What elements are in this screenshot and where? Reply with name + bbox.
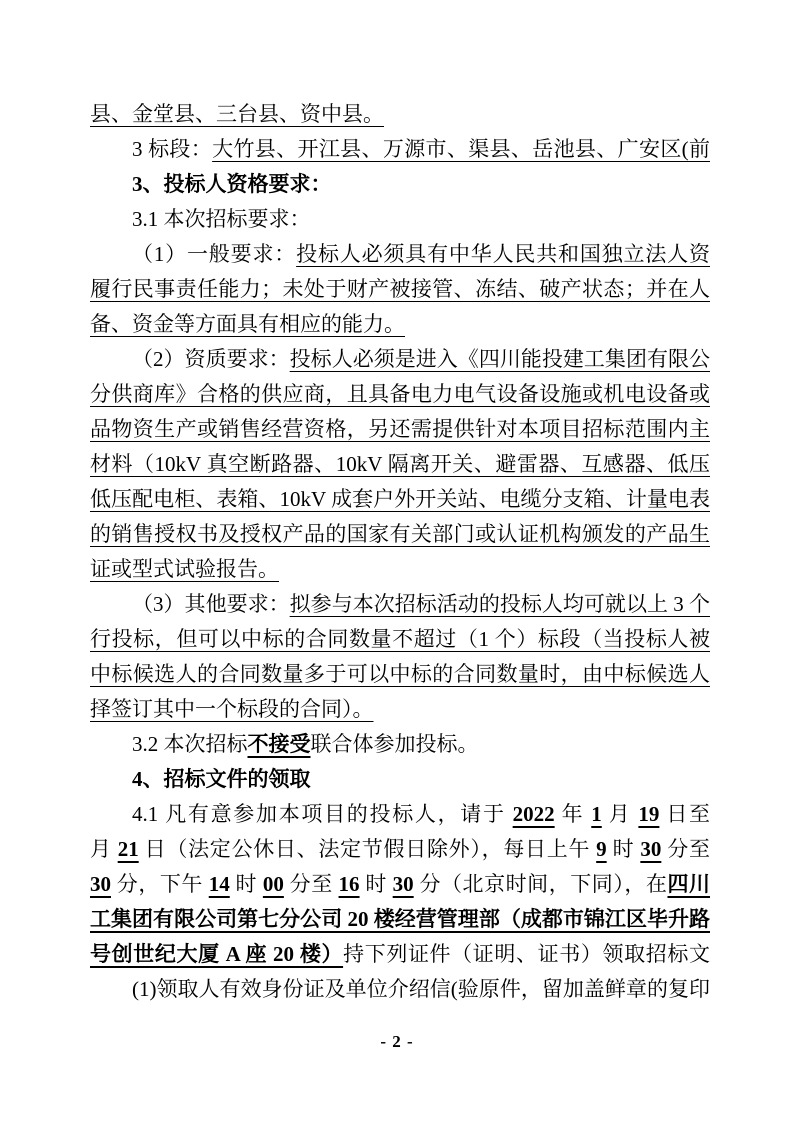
clause-3-1-item-1-line-3: 备、资金等方面具有相应的能力。 [90,307,710,342]
text-segment: (1)领取人有效身份证及单位介绍信(验原件，留加盖鲜章的复印件)； [90,977,710,1007]
clause-3-1-item-3-line-4: 择签订其中一个标段的合同）。 [90,692,710,727]
section-4-heading: 4、招标文件的领取 [90,762,710,797]
text-segment: 择签订其中一个标段的合同）。 [90,697,374,721]
text-segment: 低压配电柜、表箱、10kV 成套户外开关站、电缆分支箱、计量电表箱等） [90,487,710,517]
text-segment: 品物资生产或销售经营资格，另还需提供针对本项目招标范围内主要设备 [90,417,710,447]
text-segment: 3、投标人资格要求： [132,172,332,196]
text-segment: 1 [591,802,602,826]
para-lot3-line: 3 标段：大竹县、开江县、万源市、渠县、岳池县、广安区(前锋区)。 [90,132,710,167]
text-segment: 时 [360,872,393,896]
text-segment: 年 [555,802,592,826]
text-segment: 4.1 凡有意参加本项目的投标人，请于 [132,802,513,826]
text-segment: 时 [230,872,263,896]
text-segment: 工集团有限公司第七分公司 20 楼经营管理部（成都市锦江区毕升路 468 [90,907,710,937]
page-number: - 2 - [380,1032,413,1051]
clause-4-1-line-1: 4.1 凡有意参加本项目的投标人，请于 2022 年 1 月 19 日至 202… [90,797,710,832]
text-segment: 21 [118,837,139,861]
text-segment: 材料（10kV 真空断路器、10kV 隔离开关、避雷器、互感器、低压 JP 柜、 [90,452,710,482]
text-segment: 联合体参加投标。 [311,732,479,756]
text-segment: 3 标段： [132,137,212,161]
text-segment: 分至 [661,837,710,861]
text-segment: 时 [607,837,641,861]
text-segment: 证或型式试验报告。 [90,557,279,581]
text-segment: （2）资质要求： [132,347,290,371]
text-segment: 行投标，但可以中标的合同数量不超过（1 个）标段（当投标人被推荐为 [90,627,710,657]
section-3-heading: 3、投标人资格要求： [90,167,710,202]
clause-4-1-item-1-line: (1)领取人有效身份证及单位介绍信(验原件，留加盖鲜章的复印件)； [90,972,710,1007]
text-segment: 日至 [659,802,710,826]
text-segment: 分至 [284,872,339,896]
text-segment: 不接受 [248,732,311,756]
text-segment: 月 [90,837,118,861]
text-segment: 2022 [513,802,555,826]
text-segment: 的销售授权书及授权产品的国家有关部门或认证机构颁发的产品生产许可 [90,522,710,552]
clause-3-1-item-1-line-2: 履行民事责任能力；未处于财产被接管、冻结、破产状态；并在人员、设 [90,272,710,307]
clause-3-1-item-3-line-2: 行投标，但可以中标的合同数量不超过（1 个）标段（当投标人被推荐为 [90,622,710,657]
clause-4-1-line-3: 30 分，下午 14 时 00 分至 16 时 30 分（北京时间，下同），在四… [90,867,710,902]
clause-4-1-line-4: 工集团有限公司第七分公司 20 楼经营管理部（成都市锦江区毕升路 468 [90,902,710,937]
text-segment: 9 [596,837,607,861]
text-segment: 分，下午 [111,872,209,896]
para-lots-continuation-line: 县、金堂县、三台县、资中县。 [90,97,710,132]
text-segment: 日（法定公休日、法定节假日除外），每日上午 [139,837,596,861]
clause-3-1-item-1-line-1: （1）一般要求：投标人必须具有中华人民共和国独立法人资格，独立 [90,237,710,272]
clause-3-1-item-3-line-3: 中标候选人的合同数量多于可以中标的合同数量时，由中标候选人自行选 [90,657,710,692]
clause-3-1-item-2-line-3: 品物资生产或销售经营资格，另还需提供针对本项目招标范围内主要设备 [90,412,710,447]
text-segment: （3）其他要求： [132,592,290,616]
text-segment: 30 [90,872,111,896]
text-segment: 16 [339,872,360,896]
clause-3-1-line: 3.1 本次招标要求： [90,202,710,237]
clause-3-1-item-2-line-1: （2）资质要求：投标人必须是进入《四川能投建工集团有限公司物资 [90,342,710,377]
document-page: 县、金堂县、三台县、资中县。3 标段：大竹县、开江县、万源市、渠县、岳池县、广安… [0,0,794,1123]
page-footer: - 2 - [0,1032,794,1052]
text-segment: 00 [263,872,284,896]
clause-3-1-item-2-line-4: 材料（10kV 真空断路器、10kV 隔离开关、避雷器、互感器、低压 JP 柜、 [90,447,710,482]
clause-4-1-line-2: 月 21 日（法定公休日、法定节假日除外），每日上午 9 时 30 分至 11 … [90,832,710,867]
text-segment: 30 [640,837,661,861]
document-body: 县、金堂县、三台县、资中县。3 标段：大竹县、开江县、万源市、渠县、岳池县、广安… [90,97,710,1007]
clause-3-2-line: 3.2 本次招标不接受联合体参加投标。 [90,727,710,762]
clause-4-1-line-5: 号创世纪大厦 A 座 20 楼）持下列证件（证明、证书）领取招标文件： [90,937,710,972]
text-segment: 中标候选人的合同数量多于可以中标的合同数量时，由中标候选人自行选 [90,662,710,692]
text-segment: 30 [393,872,414,896]
clause-3-1-item-3-line-1: （3）其他要求：拟参与本次招标活动的投标人均可就以上 3 个标段进 [90,587,710,622]
text-segment: 分供商库》合格的供应商，且具备电力电气设备设施或机电设备或电子产 [90,382,710,412]
clause-3-1-item-2-line-7: 证或型式试验报告。 [90,552,710,587]
text-segment: 3.2 本次招标 [132,732,248,756]
text-segment: 履行民事责任能力；未处于财产被接管、冻结、破产状态；并在人员、设 [90,277,710,307]
text-segment: 号创世纪大厦 A 座 20 楼） [90,942,343,966]
text-segment: 3.1 本次招标要求： [132,207,311,231]
text-segment: 14 [209,872,230,896]
clause-3-1-item-2-line-2: 分供商库》合格的供应商，且具备电力电气设备设施或机电设备或电子产 [90,377,710,412]
text-segment: 4、招标文件的领取 [132,767,311,791]
text-segment: （1）一般要求： [132,242,296,266]
clause-3-1-item-2-line-6: 的销售授权书及授权产品的国家有关部门或认证机构颁发的产品生产许可 [90,517,710,552]
text-segment: 19 [638,802,659,826]
text-segment: 分（北京时间，下同），在 [414,872,668,896]
clause-3-1-item-2-line-5: 低压配电柜、表箱、10kV 成套户外开关站、电缆分支箱、计量电表箱等） [90,482,710,517]
text-segment: 月 [602,802,639,826]
text-segment: 备、资金等方面具有相应的能力。 [90,312,405,336]
text-segment: 县、金堂县、三台县、资中县。 [90,102,384,126]
